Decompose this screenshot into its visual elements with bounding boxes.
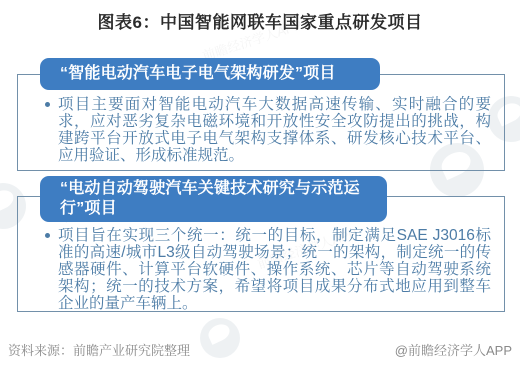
bullet-icon — [45, 102, 50, 107]
section-2-header: “电动自动驾驶汽车关键技术研究与示范运行”项目 — [40, 176, 387, 222]
infographic-figure: 前瞻经济学人APP 前瞻经济学人APP 前瞻经济学人APP 图表6：中国智能网联… — [0, 0, 520, 366]
section-1-header: “智能电动汽车电子电气架构研发”项目 — [40, 58, 380, 90]
chart-title: 图表6：中国智能网联车国家重点研发项目 — [0, 8, 520, 33]
watermark-logo-icon — [200, 318, 240, 358]
section-2-bullet-item: 项目旨在实现三个统一：统一的目标，制定满足SAE J3016标准的高速/城市L3… — [45, 227, 491, 312]
section-1-bullet-item: 项目主要面对智能电动汽车大数据高速传输、实时融合的要求，应对恶劣复杂电磁环境和开… — [45, 96, 491, 164]
section-1-bullet-text: 项目主要面对智能电动汽车大数据高速传输、实时融合的要求，应对恶劣复杂电磁环境和开… — [58, 96, 491, 164]
bullet-icon — [45, 233, 50, 238]
source-note: 资料来源：前瞻产业研究院整理 — [8, 340, 190, 359]
section-2-bullet-text: 项目旨在实现三个统一：统一的目标，制定满足SAE J3016标准的高速/城市L3… — [58, 227, 491, 312]
attribution-note: @前瞻经济学人APP — [395, 340, 512, 359]
